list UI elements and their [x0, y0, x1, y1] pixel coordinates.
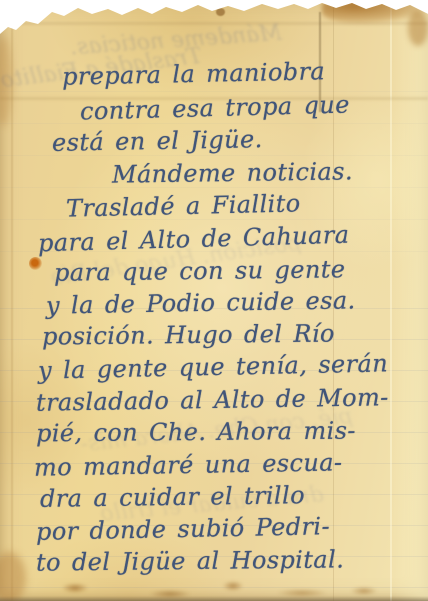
- handwritten-line: mo mandaré una escua-: [34, 448, 343, 481]
- handwritten-line: pié, con Che. Ahora mis-: [36, 417, 356, 448]
- handwritten-line: dra a cuidar el trillo: [40, 481, 305, 513]
- stain-speck-top: [216, 8, 225, 16]
- handwritten-line: to del Jigüe al Hospital.: [36, 545, 344, 576]
- handwritten-line: Trasladé a Fiallito: [66, 189, 301, 222]
- scanned-letter-photo: Mándeme noticias. Trasladé a Fiallito po…: [0, 0, 428, 601]
- handwritten-line: por donde subió Pedri-: [36, 512, 330, 546]
- stain-orange-dot: [29, 257, 42, 270]
- scan-bottom-edge: [0, 596, 428, 601]
- vertical-fold-light: [390, 0, 392, 601]
- handwritten-line: trasladado al Alto de Mom-: [36, 383, 389, 417]
- handwritten-line: Mándeme noticias.: [112, 157, 353, 188]
- handwritten-line: posición. Hugo del Río: [42, 319, 335, 350]
- handwritten-line: está en el Jigüe.: [52, 125, 263, 157]
- handwritten-line: y la de Podio cuide esa.: [46, 286, 356, 319]
- handwritten-line: para que con su gente: [54, 255, 346, 287]
- stain-top-right-small: [408, 10, 428, 46]
- handwritten-line: prepara la maniobra: [62, 57, 326, 91]
- letter-paper: Mándeme noticias. Trasladé a Fiallito po…: [0, 0, 428, 601]
